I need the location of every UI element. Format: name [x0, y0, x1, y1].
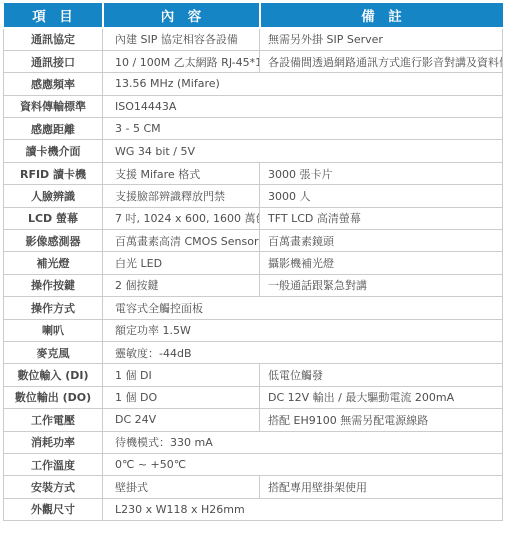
note-cell: 一般通話跟緊急對講: [260, 274, 503, 296]
content-cell: 0℃ ~ +50℃: [103, 453, 503, 475]
item-cell: 外觀尺寸: [4, 498, 103, 520]
content-cell: 白光 LED: [103, 252, 260, 274]
table-row: 通訊接口10 / 100M 乙太網路 RJ-45*1各設備間透過網路通訊方式進行…: [4, 50, 503, 72]
table-row: 資料傳輸標準ISO14443A: [4, 95, 503, 117]
spec-sheet: 項 目 內 容 備 註 通訊協定內建 SIP 協定相容各設備無需另外掛 SIP …: [0, 0, 506, 521]
item-cell: 麥克風: [4, 341, 103, 363]
note-cell: 各設備間透過網路通訊方式進行影音對講及資料傳遞: [260, 50, 503, 72]
note-cell: 百萬畫素鏡頭: [260, 230, 503, 252]
table-row: 操作按鍵2 個按鍵一般通話跟緊急對講: [4, 274, 503, 296]
content-cell: DC 24V: [103, 409, 260, 431]
table-row: 通訊協定內建 SIP 協定相容各設備無需另外掛 SIP Server: [4, 28, 503, 50]
item-cell: 通訊接口: [4, 50, 103, 72]
header-row: 項 目 內 容 備 註: [4, 3, 503, 28]
item-cell: LCD 螢幕: [4, 207, 103, 229]
table-row: 外觀尺寸L230 x W118 x H26mm: [4, 498, 503, 520]
table-row: 工作溫度0℃ ~ +50℃: [4, 453, 503, 475]
table-row: LCD 螢幕7 吋, 1024 x 600, 1600 萬色TFT LCD 高清…: [4, 207, 503, 229]
note-cell: 無需另外掛 SIP Server: [260, 28, 503, 50]
content-cell: 7 吋, 1024 x 600, 1600 萬色: [103, 207, 260, 229]
table-row: 數位輸入 (DI)1 個 DI低電位觸發: [4, 364, 503, 386]
item-cell: 感應頻率: [4, 73, 103, 95]
note-cell: 3000 張卡片: [260, 162, 503, 184]
item-cell: 數位輸出 (DO): [4, 386, 103, 408]
content-cell: 13.56 MHz (Mifare): [103, 73, 503, 95]
item-cell: 資料傳輸標準: [4, 95, 103, 117]
note-cell: 搭配專用壁掛架使用: [260, 476, 503, 498]
item-cell: 影像感測器: [4, 230, 103, 252]
note-cell: 攝影機補光燈: [260, 252, 503, 274]
content-cell: 1 個 DO: [103, 386, 260, 408]
item-cell: 安裝方式: [4, 476, 103, 498]
content-cell: 額定功率 1.5W: [103, 319, 503, 341]
note-cell: 3000 人: [260, 185, 503, 207]
table-row: RFID 讀卡機支援 Mifare 格式3000 張卡片: [4, 162, 503, 184]
content-cell: 靈敏度：-44dB: [103, 341, 503, 363]
item-cell: 工作電壓: [4, 409, 103, 431]
item-cell: 消耗功率: [4, 431, 103, 453]
table-row: 消耗功率待機模式：330 mA: [4, 431, 503, 453]
header-note: 備 註: [260, 3, 503, 28]
content-cell: 支援臉部辨識釋放門禁: [103, 185, 260, 207]
item-cell: 人臉辨識: [4, 185, 103, 207]
content-cell: WG 34 bit / 5V: [103, 140, 503, 162]
note-cell: 低電位觸發: [260, 364, 503, 386]
item-cell: 感應距離: [4, 118, 103, 140]
table-row: 麥克風靈敏度：-44dB: [4, 341, 503, 363]
content-cell: ISO14443A: [103, 95, 503, 117]
item-cell: 讀卡機介面: [4, 140, 103, 162]
table-row: 喇叭額定功率 1.5W: [4, 319, 503, 341]
header-content: 內 容: [103, 3, 260, 28]
table-row: 讀卡機介面WG 34 bit / 5V: [4, 140, 503, 162]
table-row: 操作方式電容式全觸控面板: [4, 297, 503, 319]
item-cell: 數位輸入 (DI): [4, 364, 103, 386]
table-row: 補光燈白光 LED攝影機補光燈: [4, 252, 503, 274]
content-cell: 電容式全觸控面板: [103, 297, 503, 319]
table-row: 感應距離3 - 5 CM: [4, 118, 503, 140]
item-cell: 喇叭: [4, 319, 103, 341]
item-cell: 補光燈: [4, 252, 103, 274]
content-cell: 3 - 5 CM: [103, 118, 503, 140]
item-cell: 工作溫度: [4, 453, 103, 475]
spec-table: 項 目 內 容 備 註 通訊協定內建 SIP 協定相容各設備無需另外掛 SIP …: [3, 3, 503, 521]
content-cell: 支援 Mifare 格式: [103, 162, 260, 184]
content-cell: 1 個 DI: [103, 364, 260, 386]
table-row: 人臉辨識支援臉部辨識釋放門禁3000 人: [4, 185, 503, 207]
table-row: 工作電壓DC 24V搭配 EH9100 無需另配電源線路: [4, 409, 503, 431]
item-cell: RFID 讀卡機: [4, 162, 103, 184]
note-cell: TFT LCD 高清螢幕: [260, 207, 503, 229]
content-cell: L230 x W118 x H26mm: [103, 498, 503, 520]
item-cell: 操作按鍵: [4, 274, 103, 296]
content-cell: 內建 SIP 協定相容各設備: [103, 28, 260, 50]
content-cell: 10 / 100M 乙太網路 RJ-45*1: [103, 50, 260, 72]
content-cell: 百萬畫素高清 CMOS Sensor: [103, 230, 260, 252]
header-item: 項 目: [4, 3, 103, 28]
table-row: 安裝方式壁掛式搭配專用壁掛架使用: [4, 476, 503, 498]
content-cell: 待機模式：330 mA: [103, 431, 503, 453]
item-cell: 通訊協定: [4, 28, 103, 50]
note-cell: 搭配 EH9100 無需另配電源線路: [260, 409, 503, 431]
item-cell: 操作方式: [4, 297, 103, 319]
content-cell: 2 個按鍵: [103, 274, 260, 296]
content-cell: 壁掛式: [103, 476, 260, 498]
table-row: 數位輸出 (DO)1 個 DODC 12V 輸出 / 最大驅動電流 200mA: [4, 386, 503, 408]
table-row: 影像感測器百萬畫素高清 CMOS Sensor百萬畫素鏡頭: [4, 230, 503, 252]
note-cell: DC 12V 輸出 / 最大驅動電流 200mA: [260, 386, 503, 408]
table-row: 感應頻率13.56 MHz (Mifare): [4, 73, 503, 95]
